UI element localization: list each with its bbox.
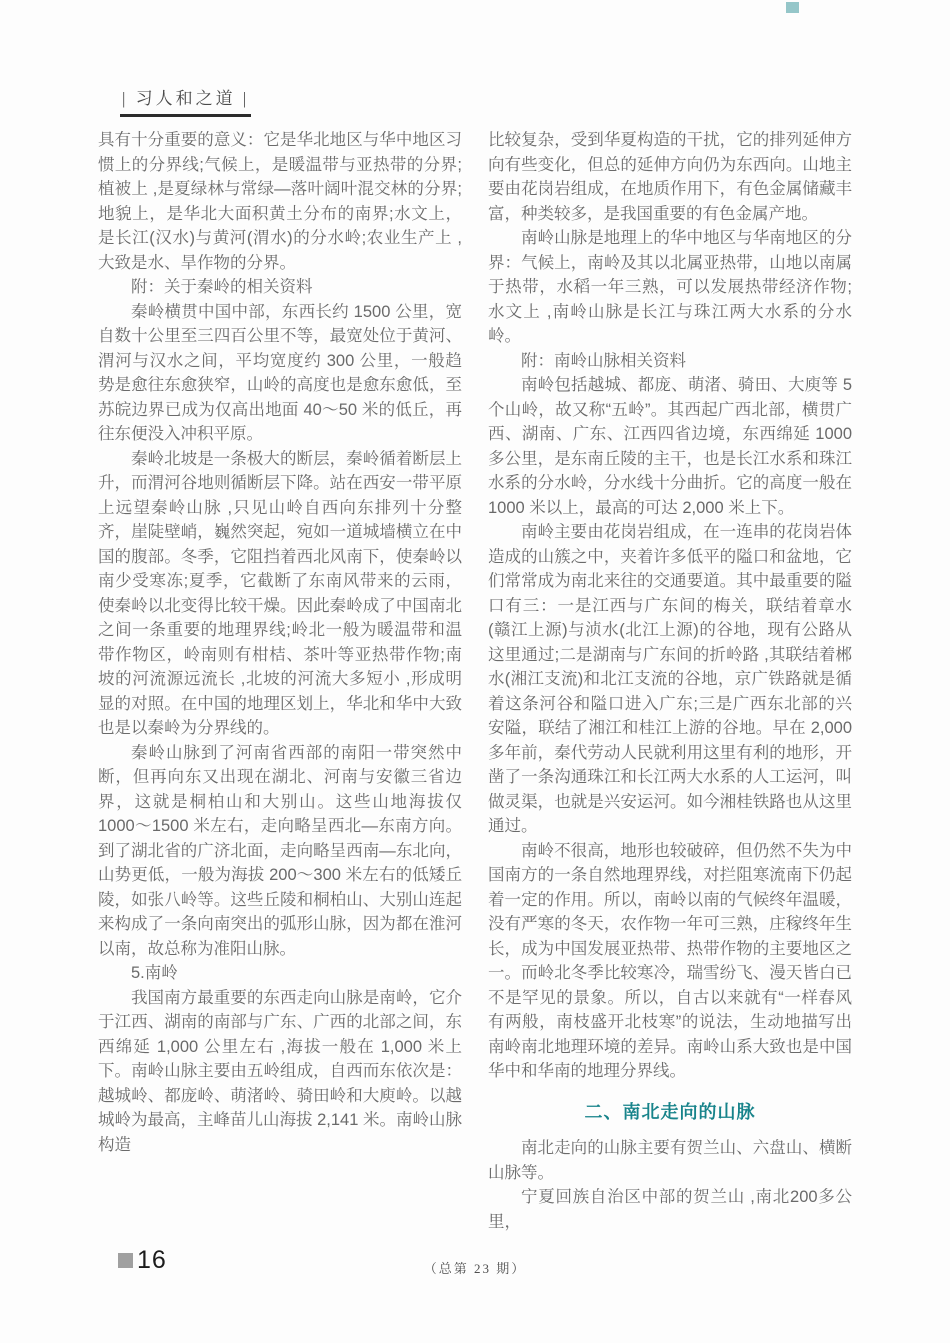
issue-label: （总第 23 期）	[0, 1258, 950, 1277]
paragraph: 秦岭山脉到了河南省西部的南阳一带突然中断，但再向东又出现在湖北、河南与安徽三省边…	[98, 741, 462, 962]
header-title: | 习人和之道 |	[120, 84, 251, 117]
paragraph: 秦岭北坡是一条极大的断层，秦岭循着断层上升，而渭河谷地则循断层下降。站在西安一带…	[98, 447, 462, 741]
subsection-label: 5.南岭	[98, 961, 462, 986]
left-column: 具有十分重要的意义：它是华北地区与华中地区习惯上的分界线;气候上，是暖温带与亚热…	[98, 128, 462, 1234]
paragraph: 宁夏回族自治区中部的贺兰山 ,南北200多公里，	[488, 1185, 852, 1234]
paragraph: 南岭山脉是地理上的华中地区与华南地区的分界：气候上，南岭及其以北属亚热带，山地以…	[488, 226, 852, 349]
paragraph: 南岭不很高，地形也较破碎，但仍然不失为中国南方的一条自然地理界线，对拦阻寒流南下…	[488, 839, 852, 1084]
paragraph: 附：关于秦岭的相关资料	[98, 275, 462, 300]
page-content: 具有十分重要的意义：它是华北地区与华中地区习惯上的分界线;气候上，是暖温带与亚热…	[98, 128, 852, 1234]
page-header: | 习人和之道 |	[120, 84, 251, 117]
right-column: 比较复杂，受到华夏构造的干扰，它的排列延伸方向有些变化，但总的延伸方向仍为东西向…	[488, 128, 852, 1234]
paragraph: 秦岭横贯中国中部，东西长约 1500 公里，宽自数十公里至三四百公里不等，最宽处…	[98, 300, 462, 447]
paragraph: 南北走向的山脉主要有贺兰山、六盘山、横断山脉等。	[488, 1136, 852, 1185]
page-footer: 16 （总第 23 期）	[0, 1246, 950, 1286]
paragraph: 比较复杂，受到华夏构造的干扰，它的排列延伸方向有些变化，但总的延伸方向仍为东西向…	[488, 128, 852, 226]
paragraph: 我国南方最重要的东西走向山脉是南岭，它介于江西、湖南的南部与广东、广西的北部之间…	[98, 986, 462, 1158]
paragraph: 南岭主要由花岗岩组成，在一连串的花岗岩体造成的山簇之中，夹着许多低平的隘口和盆地…	[488, 520, 852, 839]
paragraph: 附：南岭山脉相关资料	[488, 349, 852, 374]
paragraph: 具有十分重要的意义：它是华北地区与华中地区习惯上的分界线;气候上，是暖温带与亚热…	[98, 128, 462, 275]
corner-accent-mark	[786, 2, 799, 13]
section-heading: 二、南北走向的山脉	[488, 1100, 852, 1125]
paragraph: 南岭包括越城、都庞、萌渚、骑田、大庾等 5 个山岭，故又称“五岭”。其西起广西北…	[488, 373, 852, 520]
magazine-page: | 习人和之道 | 具有十分重要的意义：它是华北地区与华中地区习惯上的分界线;气…	[0, 0, 950, 1343]
